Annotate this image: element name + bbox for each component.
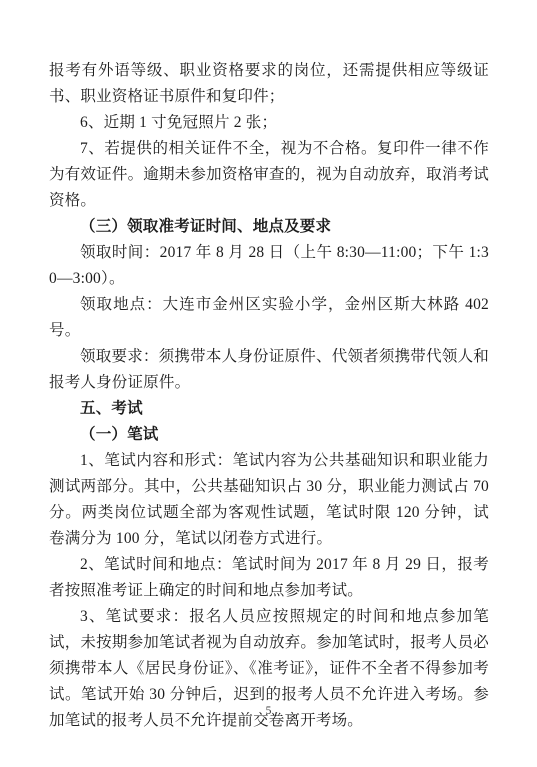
paragraph-pickup-location: 领取地点：大连市金州区实验小学，金州区斯大林路 402 号。 bbox=[49, 292, 489, 344]
document-page: 报考有外语等级、职业资格要求的岗位，还需提供相应等级证书、职业资格证书原件和复印… bbox=[0, 0, 537, 767]
paragraph-certificate-requirements-continuation: 报考有外语等级、职业资格要求的岗位，还需提供相应等级证书、职业资格证书原件和复印… bbox=[49, 58, 489, 110]
heading-subsection-1-written-test: （一）笔试 bbox=[49, 422, 489, 448]
paragraph-pickup-time: 领取时间：2017 年 8 月 28 日（上午 8:30—11:00；下午 1:… bbox=[49, 240, 489, 292]
paragraph-written-test-content-format: 1、笔试内容和形式：笔试内容为公共基础知识和职业能力测试两部分。其中，公共基础知… bbox=[49, 448, 489, 552]
page-number: 5 bbox=[0, 704, 537, 718]
paragraph-pickup-requirements: 领取要求：须携带本人身份证原件、代领者须携带代领人和报考人身份证原件。 bbox=[49, 344, 489, 396]
paragraph-item-6-photos: 6、近期 1 寸免冠照片 2 张； bbox=[49, 110, 489, 136]
heading-section-5-examination: 五、考试 bbox=[49, 396, 489, 422]
paragraph-written-test-time-location: 2、笔试时间和地点：笔试时间为 2017 年 8 月 29 日，报考者按照准考证… bbox=[49, 552, 489, 604]
heading-section-3-admission-ticket-pickup: （三）领取准考证时间、地点及要求 bbox=[49, 214, 489, 240]
document-content: 报考有外语等级、职业资格要求的岗位，还需提供相应等级证书、职业资格证书原件和复印… bbox=[49, 58, 489, 734]
paragraph-item-7-incomplete-documents: 7、若提供的相关证件不全，视为不合格。复印件一律不作为有效证件。逾期未参加资格审… bbox=[49, 136, 489, 214]
